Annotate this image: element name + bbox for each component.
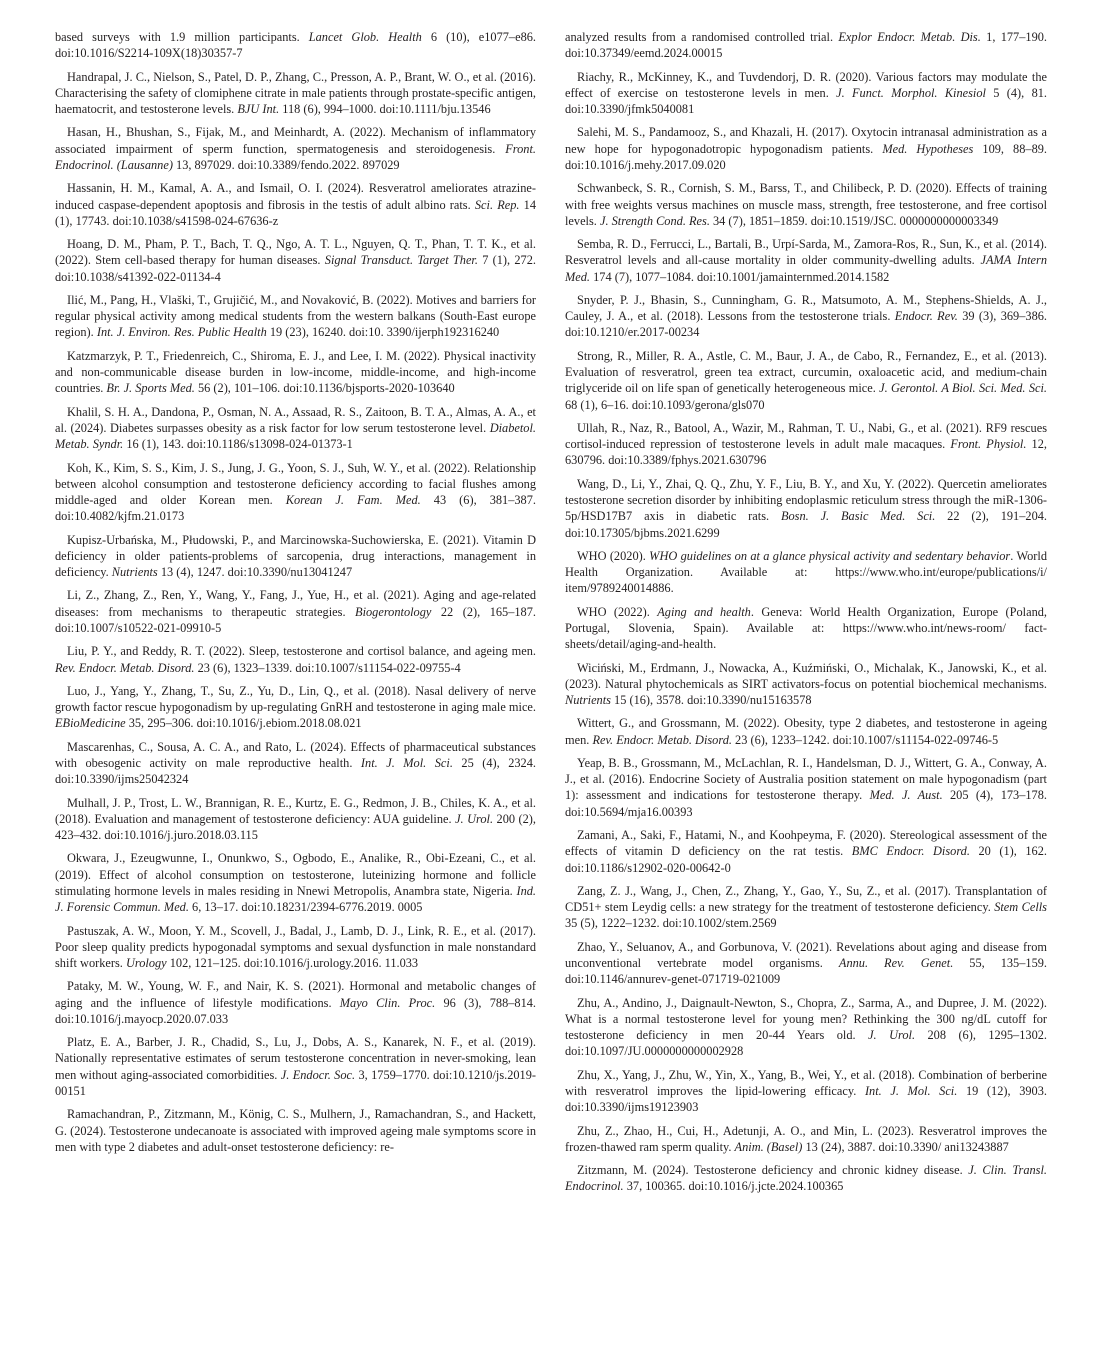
reference-text: 13 (4), 1247. doi:10.3390/nu13041247 [158,565,352,579]
reference-text: 6, 13–17. doi:10.18231/2394-6776.2019. 0… [189,900,423,914]
reference-entry: Zhu, X., Yang, J., Zhu, W., Yin, X., Yan… [565,1067,1047,1116]
reference-entry: Zamani, A., Saki, F., Hatami, N., and Ko… [565,827,1047,876]
reference-entry: Semba, R. D., Ferrucci, L., Bartali, B.,… [565,236,1047,285]
reference-entry: Hasan, H., Bhushan, S., Fijak, M., and M… [55,124,536,173]
reference-text: 102, 121–125. doi:10.1016/j.urology.2016… [167,956,418,970]
reference-entry: Liu, P. Y., and Reddy, R. T. (2022). Sle… [55,643,536,676]
reference-entry: Snyder, P. J., Bhasin, S., Cunningham, G… [565,292,1047,341]
journal-title: Explor Endocr. Metab. Dis. [838,30,980,44]
reference-text: 13 (24), 3887. doi:10.3390/ ani13243887 [802,1140,1008,1154]
reference-entry: Luo, J., Yang, Y., Zhang, T., Su, Z., Yu… [55,683,536,732]
reference-entry: Strong, R., Miller, R. A., Astle, C. M.,… [565,348,1047,413]
reference-text: 68 (1), 6–16. doi:10.1093/gerona/gls070 [565,398,765,412]
reference-entry: Zang, Z. J., Wang, J., Chen, Z., Zhang, … [565,883,1047,932]
reference-text: 174 (7), 1077–1084. doi:10.1001/jamainte… [590,270,889,284]
reference-entry: Khalil, S. H. A., Dandona, P., Osman, N.… [55,404,536,453]
reference-text: 16 (1), 143. doi:10.1186/s13098-024-0137… [123,437,353,451]
journal-title: Urology [126,956,167,970]
journal-title: J. Gerontol. A Biol. Sci. Med. Sci. [879,381,1047,395]
reference-entry: Schwanbeck, S. R., Cornish, S. M., Barss… [565,180,1047,229]
reference-entry-continued: analyzed results from a randomised contr… [565,29,1047,62]
reference-text: Khalil, S. H. A., Dandona, P., Osman, N.… [55,405,536,435]
journal-title: Lancet Glob. Health [309,30,422,44]
reference-text: 15 (16), 3578. doi:10.3390/nu15163578 [611,693,812,707]
journal-title: Mayo Clin. Proc. [340,996,436,1010]
reference-text: Zang, Z. J., Wang, J., Chen, Z., Zhang, … [565,884,1047,914]
reference-entry: Platz, E. A., Barber, J. R., Chadid, S.,… [55,1034,536,1099]
reference-entry: Katzmarzyk, P. T., Friedenreich, C., Shi… [55,348,536,397]
reference-entry: Zhu, Z., Zhao, H., Cui, H., Adetunji, A.… [565,1123,1047,1156]
journal-title: Sci. Rep. [475,198,520,212]
reference-text: Luo, J., Yang, Y., Zhang, T., Su, Z., Yu… [55,684,536,714]
reference-text: 118 (6), 994–1000. doi:10.1111/bju.13546 [279,102,490,116]
reference-text: WHO (2022). [577,605,657,619]
reference-text: Hassanin, H. M., Kamal, A. A., and Ismai… [55,181,536,211]
reference-entry: Wiciński, M., Erdmann, J., Nowacka, A., … [565,660,1047,709]
reference-entry: Kupisz-Urbańska, M., Płudowski, P., and … [55,532,536,581]
reference-text: 35, 295–306. doi:10.1016/j.ebiom.2018.08… [126,716,362,730]
reference-entry: WHO (2022). Aging and health. Geneva: Wo… [565,604,1047,653]
reference-entry: Ramachandran, P., Zitzmann, M., König, C… [55,1106,536,1155]
journal-title: J. Urol. [868,1028,915,1042]
reference-text: 23 (6), 1233–1242. doi:10.1007/s11154-02… [732,733,998,747]
reference-entry: Pastuszak, A. W., Moon, Y. M., Scovell, … [55,923,536,972]
journal-title: WHO guidelines on at a glance physical a… [649,549,1010,563]
journal-title: Bosn. J. Basic Med. Sci. [781,509,935,523]
journal-title: J. Urol. [455,812,493,826]
journal-title: Nutrients [565,693,611,707]
reference-entry: Wittert, G., and Grossmann, M. (2022). O… [565,715,1047,748]
reference-entry: Riachy, R., McKinney, K., and Tuvdendorj… [565,69,1047,118]
reference-text: Hasan, H., Bhushan, S., Fijak, M., and M… [55,125,536,155]
journal-title: Int. J. Mol. Sci. [865,1084,957,1098]
reference-entry: Zhu, A., Andino, J., Daignault-Newton, S… [565,995,1047,1060]
journal-title: BJU Int. [237,102,279,116]
reference-text: 35 (5), 1222–1232. doi:10.1002/stem.2569 [565,916,777,930]
reference-text: Wiciński, M., Erdmann, J., Nowacka, A., … [565,661,1047,691]
reference-text: Ramachandran, P., Zitzmann, M., König, C… [55,1107,536,1154]
journal-title: Stem Cells [994,900,1047,914]
reference-text: Zitzmann, M. (2024). Testosterone defici… [577,1163,968,1177]
reference-entry: Hassanin, H. M., Kamal, A. A., and Ismai… [55,180,536,229]
journal-title: Med. Hypotheses [882,142,973,156]
reference-text: 23 (6), 1323–1339. doi:10.1007/s11154-02… [195,661,461,675]
reference-column-left: based surveys with 1.9 million participa… [55,29,536,1162]
journal-title: J. Funct. Morphol. Kinesiol [836,86,986,100]
journal-title: J. Strength Cond. Res. [600,214,710,228]
reference-entry: Pataky, M. W., Young, W. F., and Nair, K… [55,978,536,1027]
reference-entry: Zhao, Y., Seluanov, A., and Gorbunova, V… [565,939,1047,988]
reference-entry: Salehi, M. S., Pandamooz, S., and Khazal… [565,124,1047,173]
journal-title: Annu. Rev. Genet. [839,956,953,970]
reference-text: Liu, P. Y., and Reddy, R. T. (2022). Sle… [67,644,536,658]
reference-entry-continued: based surveys with 1.9 million participa… [55,29,536,62]
reference-entry: Yeap, B. B., Grossmann, M., McLachlan, R… [565,755,1047,820]
journal-title: Int. J. Mol. Sci. [361,756,453,770]
reference-entry: WHO (2020). WHO guidelines on at a glanc… [565,548,1047,597]
reference-text: WHO (2020). [577,549,649,563]
reference-entry: Zitzmann, M. (2024). Testosterone defici… [565,1162,1047,1195]
reference-entry: Li, Z., Zhang, Z., Ren, Y., Wang, Y., Fa… [55,587,536,636]
journal-title: EBioMedicine [55,716,126,730]
reference-entry: Okwara, J., Ezeugwunne, I., Onunkwo, S.,… [55,850,536,915]
journal-title: J. Endocr. Soc. [281,1068,355,1082]
journal-title: Rev. Endocr. Metab. Disord. [55,661,195,675]
reference-entry: Hoang, D. M., Pham, P. T., Bach, T. Q., … [55,236,536,285]
reference-text: 19 (23), 16240. doi:10. 3390/ijerph19231… [267,325,499,339]
reference-text: Semba, R. D., Ferrucci, L., Bartali, B.,… [565,237,1047,267]
reference-entry: Wang, D., Li, Y., Zhai, Q. Q., Zhu, Y. F… [565,476,1047,541]
journal-title: Signal Transduct. Target Ther. [325,253,478,267]
reference-entry: Mulhall, J. P., Trost, L. W., Brannigan,… [55,795,536,844]
reference-entry: Koh, K., Kim, S. S., Kim, J. S., Jung, J… [55,460,536,525]
reference-entry: Mascarenhas, C., Sousa, A. C. A., and Ra… [55,739,536,788]
journal-title: BMC Endocr. Disord. [852,844,970,858]
reference-text: 56 (2), 101–106. doi:10.1136/bjsports-20… [195,381,455,395]
reference-column-right: analyzed results from a randomised contr… [565,29,1047,1202]
reference-entry: Handrapal, J. C., Nielson, S., Patel, D.… [55,69,536,118]
reference-text: analyzed results from a randomised contr… [565,30,838,44]
reference-entry: Ullah, R., Naz, R., Batool, A., Wazir, M… [565,420,1047,469]
reference-text: based surveys with 1.9 million participa… [55,30,309,44]
journal-title: Front. Physiol. [950,437,1026,451]
reference-text: 34 (7), 1851–1859. doi:10.1519/JSC. 0000… [710,214,998,228]
journal-title: Anim. (Basel) [735,1140,803,1154]
reference-text: 37, 100365. doi:10.1016/j.jcte.2024.1003… [624,1179,844,1193]
journal-title: Korean J. Fam. Med. [286,493,421,507]
journal-title: Nutrients [112,565,158,579]
journal-title: Med. J. Aust. [870,788,943,802]
journal-title: Endocr. Rev. [895,309,958,323]
journal-title: Rev. Endocr. Metab. Disord. [592,733,732,747]
journal-title: Int. J. Environ. Res. Public Health [97,325,267,339]
reference-text: 13, 897029. doi:10.3389/fendo.2022. 8970… [173,158,400,172]
reference-entry: Ilić, M., Pang, H., Vlaški, T., Grujičić… [55,292,536,341]
journal-title: Biogerontology [355,605,431,619]
reference-text: Okwara, J., Ezeugwunne, I., Onunkwo, S.,… [55,851,536,898]
journal-title: Br. J. Sports Med. [106,381,194,395]
journal-title: Aging and health [657,605,751,619]
